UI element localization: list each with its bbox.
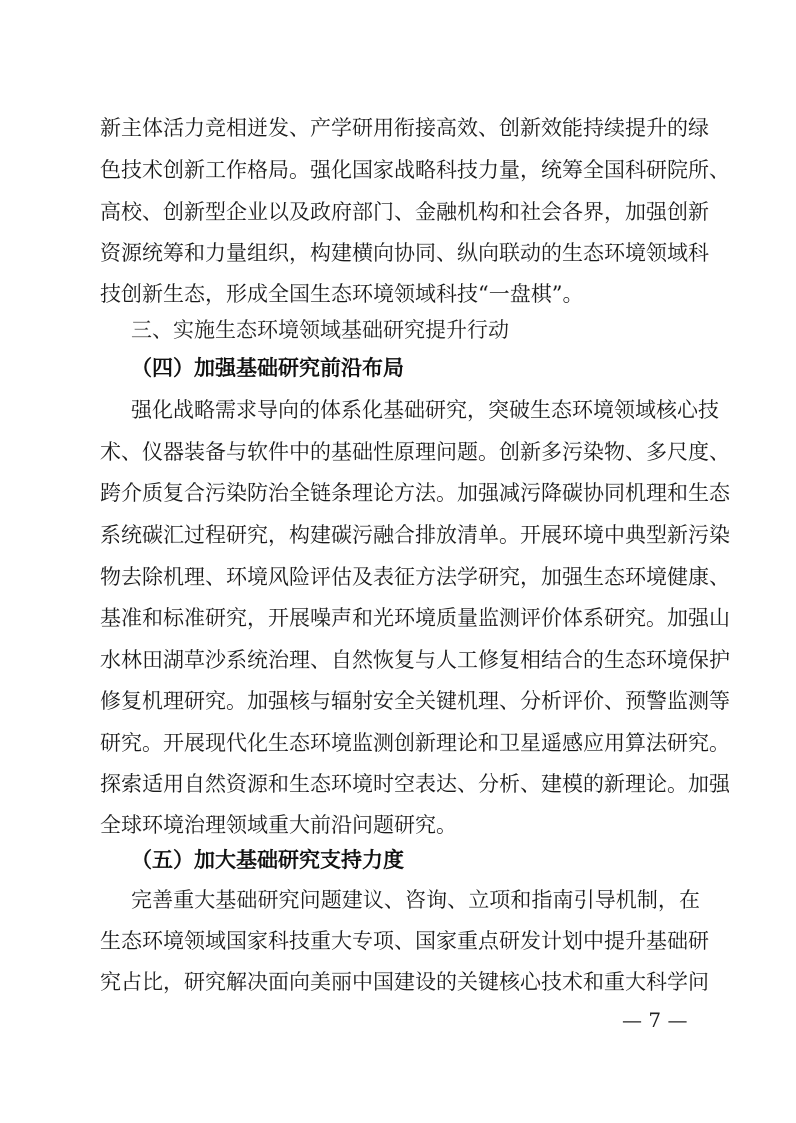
- paragraph-line: 修复机理研究。加强核与辐射安全关键机理、分析评价、预警监测等: [100, 685, 700, 717]
- paragraph-line: 系统碳汇过程研究，构建碳污融合排放清单。开展环境中典型新污染: [100, 519, 700, 551]
- paragraph-line: 完善重大基础研究问题建议、咨询、立项和指南引导机制，在: [131, 884, 700, 916]
- document-page: 新主体活力竞相迸发、产学研用衔接高效、创新效能持续提升的绿 色技术创新工作格局。…: [0, 0, 796, 1123]
- section-heading: 三、实施生态环境领域基础研究提升行动: [131, 314, 509, 346]
- paragraph-line: 色技术创新工作格局。强化国家战略科技力量，统筹全国科研院所、: [100, 154, 700, 186]
- paragraph-line: 究占比，研究解决面向美丽中国建设的关键核心技术和重大科学问: [100, 966, 700, 998]
- paragraph-line: 技创新生态，形成全国生态环境领域科技“一盘棋”。: [100, 278, 700, 310]
- page-number: — 7 —: [622, 1006, 687, 1034]
- paragraph-line: 研究。开展现代化生态环境监测创新理论和卫星遥感应用算法研究。: [100, 727, 700, 759]
- paragraph-line: 物去除机理、环境风险评估及表征方法学研究，加强生态环境健康、: [100, 561, 700, 593]
- paragraph-line: 探索适用自然资源和生态环境时空表达、分析、建模的新理论。加强: [100, 768, 700, 800]
- paragraph-line: 资源统筹和力量组织，构建横向协同、纵向联动的生态环境领域科: [100, 237, 700, 269]
- paragraph-line: 术、仪器装备与软件中的基础性原理问题。创新多污染物、多尺度、: [100, 436, 700, 468]
- paragraph-line: 全球环境治理领域重大前沿问题研究。: [100, 809, 700, 841]
- paragraph-line: 跨介质复合污染防治全链条理论方法。加强减污降碳协同机理和生态: [100, 477, 700, 509]
- paragraph-line: 基准和标准研究，开展噪声和光环境质量监测评价体系研究。加强山: [100, 602, 700, 634]
- paragraph-line: 水林田湖草沙系统治理、自然恢复与人工修复相结合的生态环境保护: [100, 644, 700, 676]
- paragraph-line: 生态环境领域国家科技重大专项、国家重点研发计划中提升基础研: [100, 925, 700, 957]
- subsection-heading-5: （五）加大基础研究支持力度: [131, 844, 404, 876]
- paragraph-line: 新主体活力竞相迸发、产学研用衔接高效、创新效能持续提升的绿: [100, 112, 700, 144]
- paragraph-line: 高校、创新型企业以及政府部门、金融机构和社会各界，加强创新: [100, 196, 700, 228]
- paragraph-line: 强化战略需求导向的体系化基础研究，突破生态环境领域核心技: [131, 394, 700, 426]
- subsection-heading-4: （四）加强基础研究前沿布局: [131, 352, 404, 384]
